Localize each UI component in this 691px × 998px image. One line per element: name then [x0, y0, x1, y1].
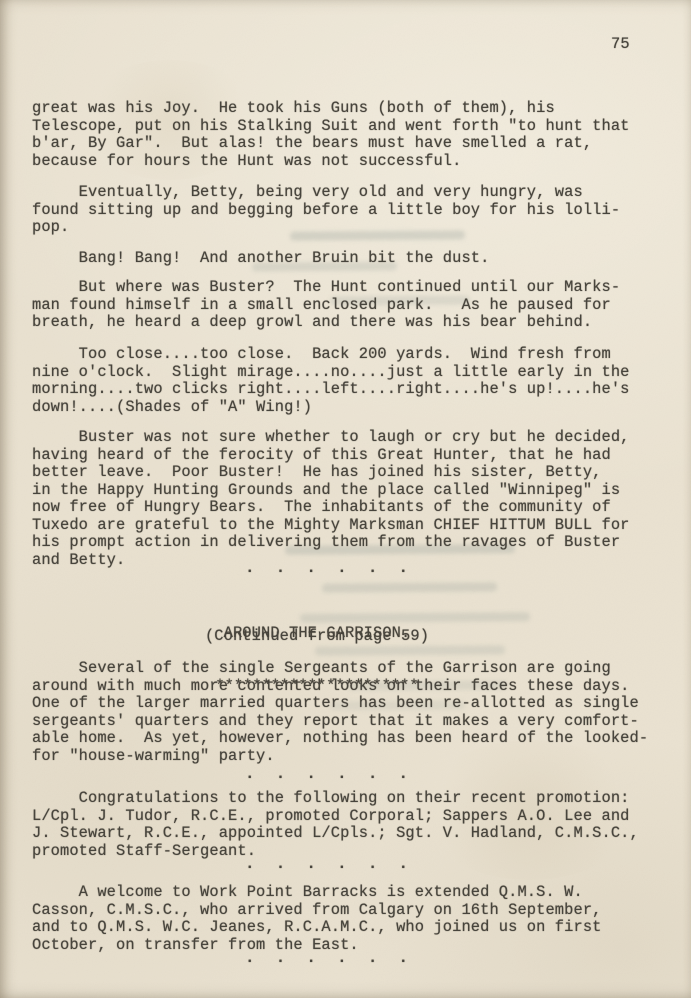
separator-dots: . . . . . .	[32, 560, 622, 578]
garrison-paragraph: Several of the single Sergeants of the G…	[32, 660, 680, 765]
story-paragraph: great was his Joy. He took his Guns (bot…	[32, 100, 680, 170]
story-paragraph: But where was Buster? The Hunt continued…	[32, 279, 680, 332]
garrison-paragraph: Congratulations to the following on thei…	[32, 790, 680, 860]
continued-note: (Continued from page 59)	[32, 628, 602, 646]
page-number: 75	[611, 36, 630, 54]
scanned-document-page: 75 great was his Joy. He took his Guns (…	[0, 0, 691, 998]
story-paragraph: Eventually, Betty, being very old and ve…	[32, 184, 680, 237]
story-paragraph: Bang! Bang! And another Bruin bit the du…	[32, 250, 680, 268]
story-paragraph: Too close....too close. Back 200 yards. …	[32, 346, 680, 416]
separator-dots: . . . . . .	[32, 856, 622, 874]
separator-dots: . . . . . .	[32, 766, 622, 784]
story-paragraph: Buster was not sure whether to laugh or …	[32, 429, 680, 569]
separator-dots: . . . . . .	[32, 950, 622, 968]
garrison-paragraph: A welcome to Work Point Barracks is exte…	[32, 884, 680, 954]
